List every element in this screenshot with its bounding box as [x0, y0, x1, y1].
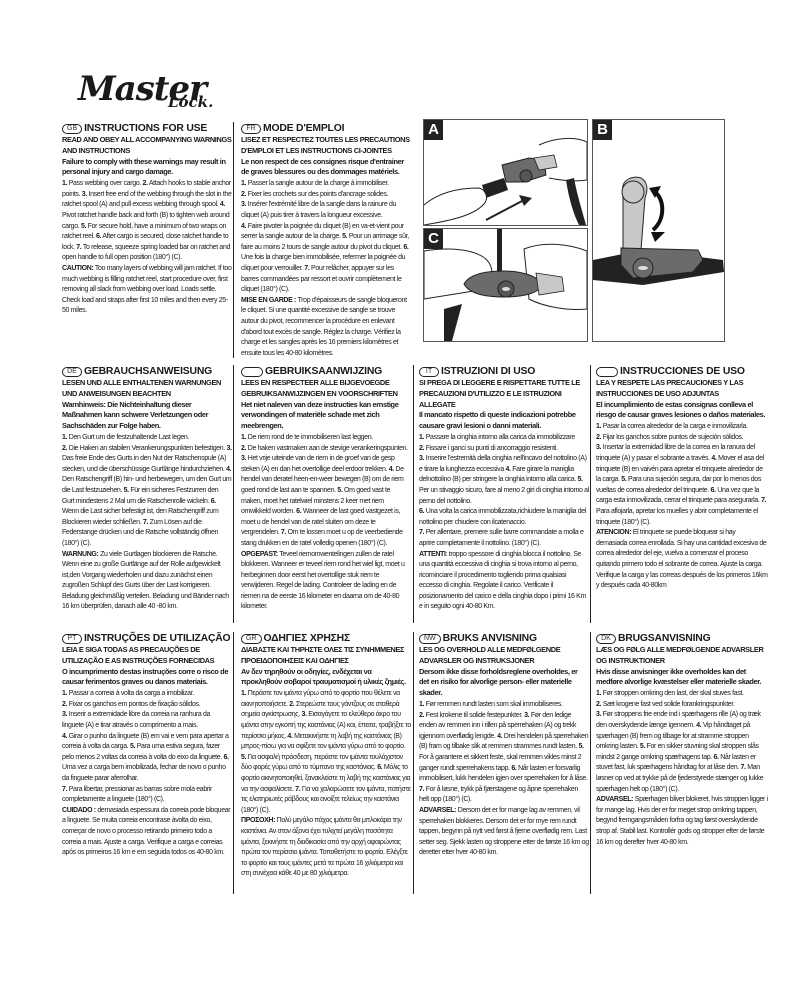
section-it: IT ISTRUZIONI DI USO SI PREGA DI LEGGERE…: [419, 366, 589, 613]
section-gr: GR ΟΔΗΓΙΕΣ ΧΡΗΣΗΣ ΔΙΑΒΑΣΤΕ ΚΑΙ ΤΗΡΗΣΤΕ Ο…: [241, 633, 411, 880]
warning-subheading: Il mancato rispetto di queste indicazion…: [419, 410, 589, 432]
ratchet-insert-illustration: [424, 120, 587, 225]
section-fr: FR MODE D'EMPLOI LISEZ ET RESPECTEZ TOUT…: [241, 123, 413, 359]
warning-heading: LESEN UND ALLE ENTHALTENEN WARNUNGEN UND…: [62, 378, 232, 400]
section-title: INSTRUCTIONS FOR USE: [84, 123, 207, 135]
warning-subheading: Failure to comply with these warnings ma…: [62, 157, 232, 179]
instructions-body: 1. Passare la cinghia intorno alla caric…: [419, 433, 589, 613]
section-title: INSTRUÇÕES DE UTILIZAÇÃO: [84, 633, 230, 645]
section-pt: PT INSTRUÇÕES DE UTILIZAÇÃO LEIA E SIGA …: [62, 633, 232, 859]
section-gb: GB INSTRUCTIONS FOR USE READ AND OBEY AL…: [62, 123, 232, 317]
warning-heading: LISEZ ET RESPECTEZ TOUTES LES PRECAUTION…: [241, 135, 413, 157]
column-divider: [233, 632, 234, 894]
warning-subheading: Het niet naleven van deze instructies ka…: [241, 400, 411, 432]
section-title: GEBRUIKSAANWIJZING: [265, 366, 382, 378]
warning-subheading: Le non respect de ces consignes risque d…: [241, 157, 413, 179]
instructions-body: 1. Før remmen rundt lasten som skal immo…: [419, 700, 589, 859]
warning-subheading: El incumplimiento de estas consignas con…: [596, 400, 768, 422]
section-title: BRUKS ANVISNING: [443, 633, 537, 645]
language-badge-it: IT: [419, 367, 439, 377]
section-nw: NW BRUKS ANVISNING LES OG OVERHOLD ALLE …: [419, 633, 589, 859]
section-dk: DK BRUGSANVISNING LÆS OG FØLG ALLE MEDFØ…: [596, 633, 768, 848]
instructions-body: 1. Passar a correia à volta da carga a i…: [62, 689, 232, 859]
warning-heading: LÆS OG FØLG ALLE MEDFØLGENDE ADVARSLER O…: [596, 645, 768, 667]
instructions-body: 1. Pasar la correa alrededor de la carga…: [596, 422, 768, 592]
language-badge-gb: GB: [62, 124, 82, 134]
section-title: GEBRAUCHSANWEISUNG: [84, 366, 212, 378]
language-badge-dk: DK: [596, 634, 616, 644]
instructions-body: 1. Den Gurt um die festzuhaltende Last l…: [62, 433, 232, 613]
instructions-body: 1. Pass webbing over cargo. 2. Attach ho…: [62, 179, 232, 317]
warning-heading: READ AND OBEY ALL ACCOMPANYING WARNINGS …: [62, 135, 232, 157]
language-badge-nw: NW: [419, 634, 441, 644]
language-badge-de: DE: [62, 367, 82, 377]
figure-b: B: [592, 119, 725, 342]
instructions-body: 1. Περάστε τον ιμάντα γύρω από το φορτίο…: [241, 689, 411, 880]
section-de: DE GEBRAUCHSANWEISUNG LESEN UND ALLE ENT…: [62, 366, 232, 613]
figure-a: A: [423, 119, 588, 226]
master-lock-logo: Master Lock.: [78, 72, 218, 112]
logo-lock-text: Lock.: [168, 94, 213, 110]
warning-subheading: Hvis disse anvisninger ikke overholdes k…: [596, 667, 768, 689]
section-title: ΟΔΗΓΙΕΣ ΧΡΗΣΗΣ: [264, 633, 351, 645]
language-badge-gr: GR: [241, 634, 262, 644]
section-nl: GEBRUIKSAANWIJZING LEES EN RESPECTEER AL…: [241, 366, 411, 613]
language-badge-pt: PT: [62, 634, 82, 644]
instructions-body: 1. De riem rond de te immobiliseren last…: [241, 433, 411, 613]
language-badge-es: [596, 367, 618, 377]
section-title: BRUGSANVISNING: [618, 633, 710, 645]
warning-heading: LEES EN RESPECTEER ALLE BIJGEVOEGDE GEBR…: [241, 378, 411, 400]
section-title: ISTRUZIONI DI USO: [441, 366, 535, 378]
column-divider: [233, 122, 234, 358]
warning-subheading: Warnhinweis: Die Nichteinhaltung dieser …: [62, 400, 232, 432]
warning-subheading: Dersom ikke disse forholdsreglene overho…: [419, 667, 589, 699]
instructions-body: 1. Passer la sangle autour de la charge …: [241, 179, 413, 359]
column-divider: [590, 632, 591, 894]
column-divider: [590, 365, 591, 623]
warning-subheading: Αν δεν τηρηθούν οι οδηγίες, ενδέχεται να…: [241, 667, 411, 689]
section-title: MODE D'EMPLOI: [263, 123, 344, 135]
warning-heading: ΔΙΑΒΑΣΤΕ ΚΑΙ ΤΗΡΗΣΤΕ ΟΛΕΣ ΤΙΣ ΣΥΝΗΜΜΕΝΕΣ…: [241, 645, 411, 667]
section-title: INSTRUCCIONES DE USO: [620, 366, 745, 378]
language-badge-fr: FR: [241, 124, 261, 134]
figure-c: C: [423, 228, 588, 342]
ratchet-release-illustration: [424, 229, 587, 341]
ratchet-handle-illustration: [593, 120, 724, 341]
warning-subheading: O incumprimento destas instruções corre …: [62, 667, 232, 689]
warning-heading: LEIA E SIGA TODAS AS PRECAUÇÕES DE UTILI…: [62, 645, 232, 667]
instructions-body: 1. Før stroppen omkring den last, der sk…: [596, 689, 768, 848]
language-badge-nl: [241, 367, 263, 377]
column-divider: [413, 365, 414, 623]
section-es: INSTRUCCIONES DE USO LEA Y RESPETE LAS P…: [596, 366, 768, 592]
warning-heading: LEA Y RESPETE LAS PRECAUCIONES Y LAS INS…: [596, 378, 768, 400]
warning-heading: LES OG OVERHOLD ALLE MEDFØLGENDE ADVARSL…: [419, 645, 589, 667]
warning-heading: SI PREGA DI LEGGERE E RISPETTARE TUTTE L…: [419, 378, 589, 410]
column-divider: [413, 632, 414, 894]
column-divider: [233, 365, 234, 623]
